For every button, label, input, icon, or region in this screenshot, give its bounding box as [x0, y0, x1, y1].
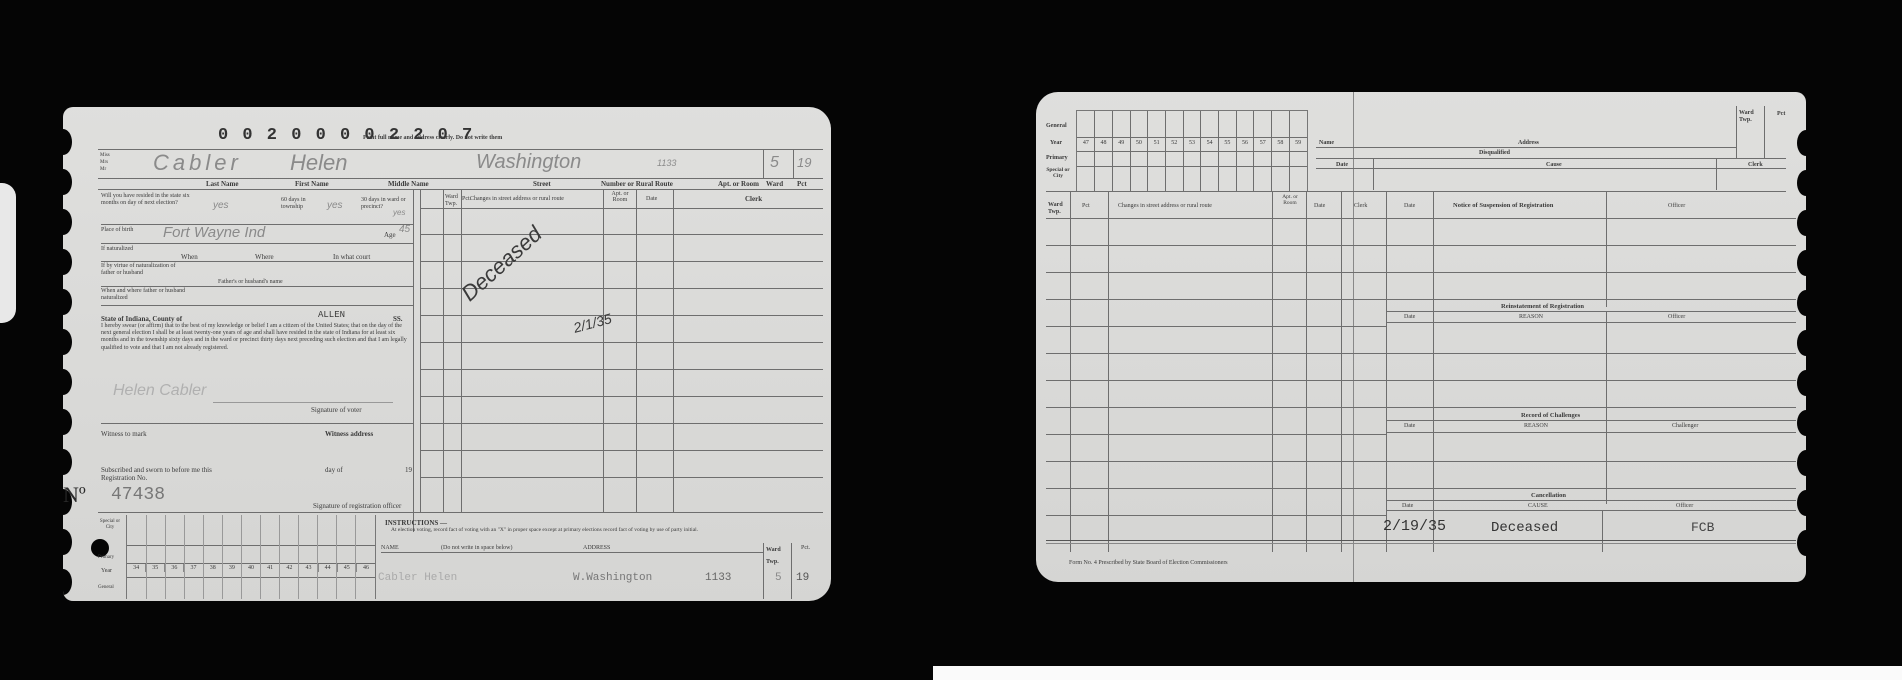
suspension-header-notice: Notice of Suspension of Registration — [1453, 202, 1553, 210]
number-value: 1133 — [657, 159, 676, 167]
disq-name-label: Name — [1319, 139, 1334, 147]
year-cell: 34 — [127, 564, 146, 572]
year-cell: 40 — [242, 564, 261, 572]
cancellation-title: Cancellation — [1531, 492, 1566, 500]
changes-header-clerk: Clerk — [1354, 202, 1367, 210]
witness-label: Witness to mark — [101, 430, 147, 438]
when-label: When — [181, 253, 198, 261]
header-note: Print full name and address clearly. Do … — [363, 134, 502, 142]
grid-label-year: Year — [1050, 139, 1062, 147]
grid-label-year: Year — [101, 567, 112, 575]
state-county-label: State of Indiana, County of — [101, 315, 182, 323]
changes-header-address: Changes in street address or rural route — [470, 195, 564, 203]
salutation-miss: Miss — [100, 153, 110, 159]
challenges-header-reason: REASON — [1524, 422, 1548, 430]
day-label: day of — [325, 466, 343, 474]
challenges-header-date: Date — [1404, 422, 1415, 430]
changes-header-clerk: Clerk — [745, 195, 762, 203]
instructions-pct-label: Pct. — [801, 544, 810, 552]
year-cell: 41 — [261, 564, 280, 572]
cancellation-header-cause: CAUSE — [1528, 502, 1548, 510]
township-question: 60 days in township — [281, 197, 326, 211]
grid-label-primary: Primary — [98, 554, 114, 562]
instructions-name-label: NAME — [381, 544, 399, 552]
birth-label: Place of birth — [101, 227, 141, 234]
year-cell: 59 — [1289, 139, 1307, 147]
registration-card-front: 0 0 2 0 0 0 0 2 2 0 7 Print full name an… — [63, 107, 831, 601]
registration-number: 47438 — [111, 485, 165, 505]
suspension-header-officer: Officer — [1668, 202, 1685, 210]
changes-table-back: Ward Twp. Pct Changes in street address … — [1036, 192, 1806, 552]
changes-header-apt: Apt. or Room — [1276, 194, 1304, 206]
year-cell: 35 — [146, 564, 165, 572]
reinstatement-header-date: Date — [1404, 313, 1415, 321]
challenges-header-challenger: Challenger — [1672, 422, 1698, 430]
year-cell: 48 — [1095, 139, 1113, 147]
instructions-text: At election voting, record fact of votin… — [391, 527, 791, 534]
resided-value: yes — [213, 202, 229, 210]
street-value: Washington — [476, 151, 581, 173]
changes-header-date: Date — [1314, 202, 1325, 210]
reinstatement-header-reason: REASON — [1519, 313, 1543, 321]
instructions-address-label: ADDRESS — [583, 544, 610, 552]
typed-address: W.Washington — [573, 572, 652, 584]
year-cell: 58 — [1272, 139, 1290, 147]
ward-question-value: yes — [393, 209, 405, 217]
age-label: Age — [384, 231, 396, 239]
disq-title: Disqualified — [1479, 149, 1510, 157]
year-cell: 37 — [184, 564, 203, 572]
cancellation-cause: Deceased — [1491, 519, 1558, 537]
changes-header-ward: Ward Twp. — [445, 194, 461, 208]
year-cell: 46 — [357, 564, 375, 572]
year-cell: 56 — [1236, 139, 1254, 147]
pct-value: 19 — [797, 155, 811, 171]
year-cell: 57 — [1254, 139, 1272, 147]
witness-address-label: Witness address — [325, 430, 373, 438]
year-cell: 44 — [319, 564, 338, 572]
number-label: Number or Rural Route — [601, 180, 673, 188]
cancellation-header-date: Date — [1402, 502, 1413, 510]
year-cell: 39 — [223, 564, 242, 572]
voting-grid-back: 47 48 49 50 51 52 53 54 55 56 57 58 59 — [1076, 110, 1308, 192]
disq-pct-label: Pct — [1777, 110, 1785, 118]
year-cell: 50 — [1130, 139, 1148, 147]
registration-card-back: General Year Primary Special or City 47 … — [1036, 92, 1806, 582]
changes-header-date: Date — [646, 195, 657, 203]
instructions-ward-label: Ward Twp. — [766, 544, 788, 568]
typed-number: 1133 — [705, 572, 731, 584]
year-cell: 36 — [165, 564, 184, 572]
first-name-value: Helen — [290, 151, 347, 175]
voting-grid-front: 34 35 36 37 38 39 40 41 42 43 44 45 46 — [126, 515, 376, 599]
virtue-label: If by virtue of naturalization of father… — [101, 263, 176, 277]
resided-question: Will you have resided in the state six m… — [101, 193, 201, 207]
apt-label: Apt. or Room — [718, 180, 759, 188]
grid-label-general: General — [98, 584, 114, 592]
first-name-label: First Name — [295, 180, 329, 188]
pct-label: Pct — [797, 180, 807, 188]
year-cell: 45 — [338, 564, 357, 572]
voter-signature: Helen Cabler — [113, 382, 206, 400]
ward-label: Ward — [766, 180, 783, 188]
year-cell: 51 — [1148, 139, 1166, 147]
changes-header-pct: Pct — [1082, 202, 1090, 210]
street-label: Street — [533, 180, 551, 188]
ss-label: SS. — [393, 315, 403, 323]
naturalized-label: If naturalized — [101, 246, 141, 253]
age-value: 45 — [399, 226, 410, 234]
typed-pct: 19 — [796, 572, 809, 584]
grid-label-special: Special or City — [1046, 167, 1070, 179]
cancellation-header-officer: Officer — [1676, 502, 1693, 510]
subscribed-label: Subscribed and sworn to before me this — [101, 466, 212, 474]
instructions-name-hint: (Do not write in space below) — [441, 544, 512, 552]
year-cell: 38 — [204, 564, 223, 572]
challenges-title: Record of Challenges — [1521, 412, 1580, 420]
reinstatement-title: Reinstatement of Registration — [1501, 303, 1584, 311]
grid-label-primary: Primary — [1046, 154, 1068, 162]
suspension-header-date: Date — [1404, 202, 1415, 210]
last-name-value: Cabler — [153, 151, 242, 175]
scan-edge-artifact — [0, 183, 16, 323]
salutation-mr: Mr — [100, 167, 106, 173]
last-name-label: Last Name — [206, 180, 238, 188]
changes-header-apt: Apt. or Room — [606, 191, 634, 203]
township-value: yes — [327, 202, 343, 210]
year-cell: 49 — [1112, 139, 1130, 147]
reinstatement-header-officer: Officer — [1668, 313, 1685, 321]
year-cell: 54 — [1201, 139, 1219, 147]
salutation-mrs: Mrs — [100, 160, 108, 166]
cancellation-officer: FCB — [1691, 519, 1714, 537]
registration-no-label: Registration No. — [101, 474, 147, 482]
typed-ward: 5 — [775, 572, 782, 584]
scan-bottom-strip — [933, 666, 1902, 680]
typed-name: Cabler Helen — [378, 572, 457, 584]
form-footer: Form No. 4 Prescribed by State Board of … — [1069, 559, 1228, 567]
registration-prefix: Nº — [63, 483, 86, 507]
father-name-label: Father's or husband's name — [218, 278, 283, 286]
year-cell: 52 — [1165, 139, 1183, 147]
birth-value: Fort Wayne Ind — [163, 224, 265, 242]
cancellation-date: 2/19/35 — [1383, 518, 1446, 536]
changes-header-address: Changes in street address or rural route — [1118, 202, 1212, 210]
disq-ward-label: Ward Twp. — [1739, 110, 1761, 124]
voter-signature-label: Signature of voter — [311, 406, 362, 414]
oath-text: I hereby swear (or affirm) that to the b… — [101, 323, 409, 352]
when-where-label: When and where father or husband natural… — [101, 288, 196, 302]
year-cell: 42 — [280, 564, 299, 572]
officer-signature-label: Signature of registration officer — [313, 502, 401, 510]
disq-address-label: Address — [1518, 139, 1539, 147]
year-cell: 47 — [1077, 139, 1095, 147]
county-value: ALLEN — [318, 310, 345, 320]
grid-label-special: Special or City — [98, 519, 122, 531]
where-label: Where — [255, 253, 274, 261]
instructions-title: INSTRUCTIONS — — [385, 519, 447, 527]
grid-label-general: General — [1046, 122, 1067, 130]
year-cell: 43 — [299, 564, 318, 572]
year-cell: 55 — [1219, 139, 1237, 147]
ward-value: 5 — [770, 155, 779, 171]
year-prefix: 19 — [405, 466, 412, 474]
court-label: In what court — [333, 253, 370, 261]
middle-name-label: Middle Name — [388, 180, 429, 188]
changes-header-ward: Ward Twp. — [1048, 202, 1068, 216]
year-cell: 53 — [1183, 139, 1201, 147]
